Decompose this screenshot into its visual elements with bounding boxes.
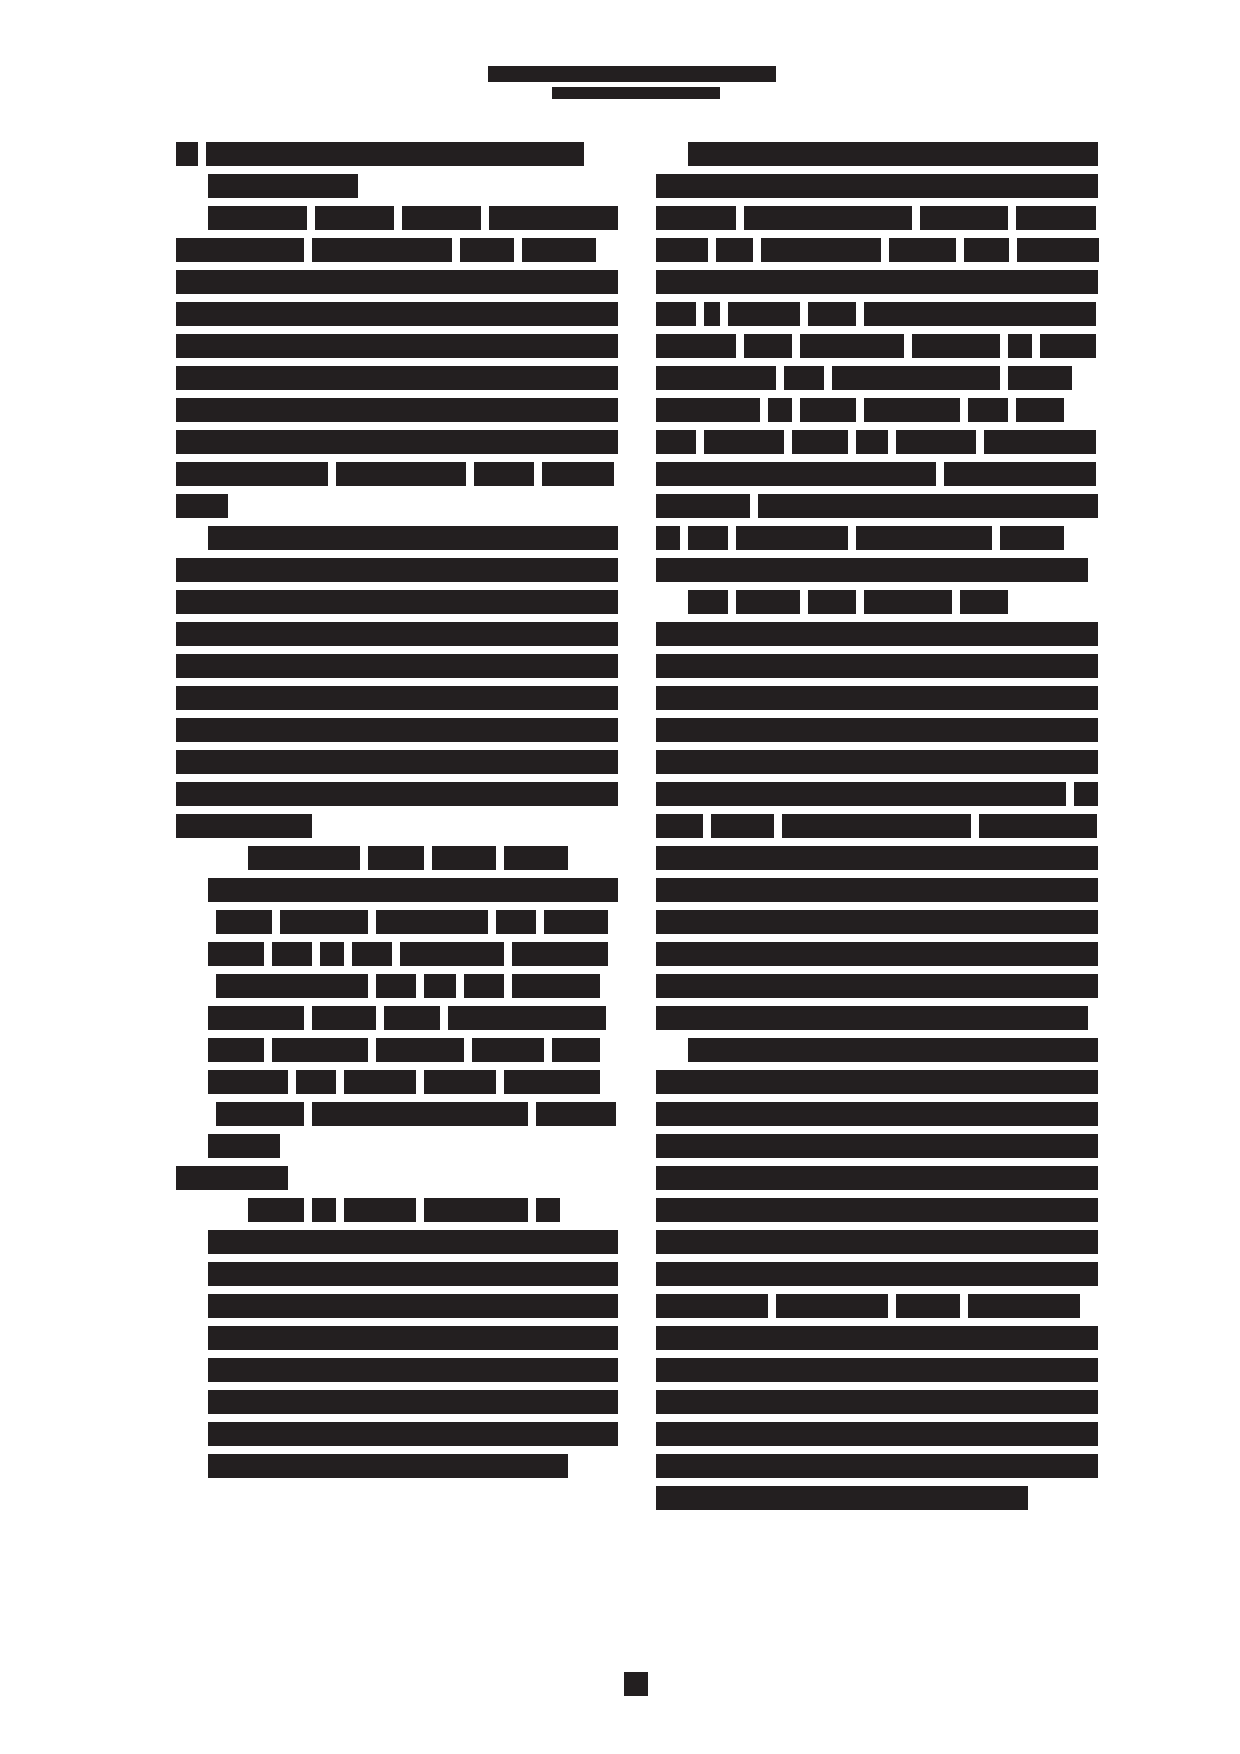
redacted-word <box>656 1454 1098 1478</box>
text-line <box>208 1006 606 1030</box>
redacted-word <box>176 686 618 710</box>
text-line <box>176 334 618 358</box>
redacted-word <box>460 238 514 262</box>
redacted-word <box>656 270 1098 294</box>
redacted-word <box>176 558 618 582</box>
redacted-word <box>208 1326 618 1350</box>
redacted-word <box>656 462 936 486</box>
redacted-word <box>1008 334 1032 358</box>
redacted-word <box>176 238 304 262</box>
text-line <box>208 1454 568 1478</box>
page-number: [illegible] <box>624 1672 648 1696</box>
text-line <box>656 782 1098 806</box>
redacted-word <box>711 814 774 838</box>
redacted-word <box>656 846 1098 870</box>
redacted-word <box>176 494 228 518</box>
text-line <box>208 1038 600 1062</box>
text-line <box>656 1262 1098 1286</box>
text-line <box>176 462 614 486</box>
redacted-word <box>312 1006 376 1030</box>
redacted-word <box>489 206 618 230</box>
redacted-word <box>1016 206 1096 230</box>
redacted-word <box>368 846 424 870</box>
redacted-word <box>656 174 1098 198</box>
text-line <box>176 718 618 742</box>
text-line <box>208 1134 280 1158</box>
redacted-word <box>656 1390 1098 1414</box>
redacted-word <box>960 590 1008 614</box>
text-line <box>208 206 618 230</box>
redacted-word <box>208 1390 618 1414</box>
redacted-word <box>656 878 1098 902</box>
redacted-word <box>1008 366 1072 390</box>
redacted-word <box>832 366 1000 390</box>
text-line <box>208 1326 618 1350</box>
redacted-word <box>800 398 856 422</box>
text-line <box>688 1038 1098 1062</box>
redacted-word <box>432 846 496 870</box>
text-line <box>656 558 1088 582</box>
text-line <box>656 462 1096 486</box>
text-line <box>656 814 1097 838</box>
text-line <box>656 718 1098 742</box>
redacted-word <box>1074 782 1098 806</box>
redacted-word <box>656 558 1088 582</box>
redacted-word <box>384 1006 440 1030</box>
text-line <box>176 494 228 518</box>
redacted-word <box>216 910 272 934</box>
redacted-word <box>504 846 568 870</box>
text-line <box>656 1166 1098 1190</box>
text-line <box>656 238 1099 262</box>
text-line <box>248 1198 560 1222</box>
redacted-word <box>336 462 466 486</box>
text-line <box>688 590 1008 614</box>
redacted-word <box>176 1166 288 1190</box>
redacted-word <box>512 942 608 966</box>
redacted-word <box>920 206 1008 230</box>
redacted-word <box>496 910 536 934</box>
redacted-word <box>208 1358 618 1382</box>
redacted-word <box>296 1070 336 1094</box>
text-line <box>216 1102 616 1126</box>
redacted-word <box>208 1454 568 1478</box>
redacted-word <box>472 1038 544 1062</box>
redacted-word <box>656 1262 1098 1286</box>
text-line <box>656 366 1072 390</box>
redacted-word <box>376 1038 464 1062</box>
redacted-word <box>656 1070 1098 1094</box>
redacted-word <box>656 1198 1098 1222</box>
text-line <box>176 750 618 774</box>
redacted-word <box>312 1198 336 1222</box>
text-line <box>656 1486 1028 1510</box>
redacted-word <box>248 846 360 870</box>
redacted-word <box>656 398 760 422</box>
redacted-word <box>176 334 618 358</box>
section-heading <box>208 174 358 198</box>
redacted-word <box>424 1070 496 1094</box>
text-line <box>656 974 1098 998</box>
redacted-word <box>656 654 1098 678</box>
redacted-word <box>312 238 452 262</box>
redacted-word <box>512 974 600 998</box>
redacted-word <box>552 1038 600 1062</box>
text-line <box>656 1390 1098 1414</box>
redacted-word <box>376 974 416 998</box>
redacted-word <box>448 1006 606 1030</box>
redacted-word <box>856 526 992 550</box>
text-line <box>656 878 1098 902</box>
redacted-word <box>776 1294 888 1318</box>
redacted-word <box>208 1262 618 1286</box>
redacted-word <box>656 622 1098 646</box>
redacted-word <box>688 1038 1098 1062</box>
text-line <box>656 174 1098 198</box>
redacted-word <box>782 814 971 838</box>
redacted-word <box>688 142 1098 166</box>
text-line <box>176 366 618 390</box>
text-line <box>656 1422 1098 1446</box>
text-line <box>208 942 608 966</box>
text-line <box>656 622 1098 646</box>
redacted-word <box>176 398 618 422</box>
redacted-word <box>656 366 776 390</box>
text-line <box>656 846 1098 870</box>
text-line <box>656 1326 1098 1350</box>
text-line <box>176 590 618 614</box>
text-line <box>656 334 1096 358</box>
text-line <box>656 430 1096 454</box>
redacted-word <box>656 302 696 326</box>
redacted-word <box>464 974 504 998</box>
redacted-word <box>656 1422 1098 1446</box>
redacted-word <box>424 1198 528 1222</box>
text-line <box>688 142 1098 166</box>
text-line <box>208 1390 618 1414</box>
redacted-word <box>896 430 976 454</box>
redacted-word <box>656 750 1098 774</box>
text-line <box>208 1070 600 1094</box>
text-line <box>176 622 618 646</box>
redacted-word <box>208 1134 280 1158</box>
text-line <box>656 1070 1098 1094</box>
redacted-word <box>758 494 1098 518</box>
text-line <box>176 558 618 582</box>
text-line <box>656 942 1098 966</box>
text-line <box>176 782 618 806</box>
text-line <box>656 910 1098 934</box>
redacted-word <box>208 1294 618 1318</box>
redacted-word <box>784 366 824 390</box>
redacted-word <box>808 302 856 326</box>
redacted-word <box>176 430 618 454</box>
section-heading <box>176 1166 288 1190</box>
redacted-word <box>176 750 618 774</box>
redacted-word <box>206 142 584 166</box>
text-line <box>656 654 1098 678</box>
text-line <box>656 206 1096 230</box>
text-line <box>656 398 1064 422</box>
redacted-word <box>544 910 608 934</box>
redacted-word <box>216 974 368 998</box>
redacted-word <box>688 590 728 614</box>
redacted-word <box>704 430 784 454</box>
redacted-word <box>728 302 800 326</box>
redacted-word <box>536 1102 616 1126</box>
redacted-word <box>656 1006 1088 1030</box>
redacted-word <box>968 1294 1080 1318</box>
redacted-word <box>792 430 848 454</box>
redacted-word <box>272 942 312 966</box>
redacted-word <box>208 526 618 550</box>
redacted-word <box>656 942 1098 966</box>
redacted-word <box>522 238 596 262</box>
redacted-word <box>656 494 750 518</box>
redacted-word <box>208 1230 618 1254</box>
redacted-word <box>656 334 736 358</box>
redacted-word <box>474 462 534 486</box>
redacted-word <box>344 1198 416 1222</box>
redacted-word <box>176 462 328 486</box>
redacted-word <box>656 974 1098 998</box>
redacted-word <box>216 1102 304 1126</box>
redacted-word <box>656 686 1098 710</box>
text-line <box>208 878 618 902</box>
redacted-word <box>315 206 394 230</box>
redacted-word <box>864 302 1096 326</box>
redacted-word <box>656 430 696 454</box>
text-line <box>656 1230 1098 1254</box>
redacted-word <box>856 430 888 454</box>
redacted-word <box>864 398 960 422</box>
redacted-word <box>176 366 618 390</box>
redacted-word <box>656 1486 1028 1510</box>
redacted-word <box>944 462 1096 486</box>
redacted-word <box>716 238 753 262</box>
text-line <box>656 1006 1088 1030</box>
redacted-word <box>896 1294 960 1318</box>
redacted-word <box>1000 526 1064 550</box>
header-line <box>552 87 720 99</box>
text-line <box>176 430 618 454</box>
redacted-word <box>768 398 792 422</box>
redacted-word <box>656 1358 1098 1382</box>
redacted-word <box>744 334 792 358</box>
redacted-word <box>964 238 1009 262</box>
redacted-word <box>968 398 1008 422</box>
text-line <box>656 494 1098 518</box>
redacted-word <box>176 814 312 838</box>
redacted-word <box>736 526 848 550</box>
text-line <box>656 1134 1098 1158</box>
redacted-word <box>208 942 264 966</box>
redacted-word <box>352 942 392 966</box>
redacted-word <box>280 910 368 934</box>
redacted-word <box>208 878 618 902</box>
redacted-word <box>761 238 881 262</box>
redacted-word <box>208 174 358 198</box>
redacted-word <box>208 1422 618 1446</box>
redacted-word <box>1017 238 1099 262</box>
redacted-word <box>656 1230 1098 1254</box>
redacted-word <box>424 974 456 998</box>
text-line <box>176 302 618 326</box>
text-line <box>208 1358 618 1382</box>
text-line <box>176 686 618 710</box>
text-line <box>176 238 596 262</box>
redacted-word <box>176 654 618 678</box>
redacted-word <box>208 206 307 230</box>
redacted-word <box>176 622 618 646</box>
redacted-word <box>656 814 703 838</box>
text-line <box>208 1262 618 1286</box>
header-line <box>488 66 776 82</box>
text-line <box>656 270 1098 294</box>
redacted-word <box>736 590 800 614</box>
text-line <box>176 270 618 294</box>
text-line <box>656 526 1064 550</box>
redacted-word <box>864 590 952 614</box>
text-line <box>208 526 618 550</box>
redacted-word <box>744 206 912 230</box>
redacted-word <box>979 814 1097 838</box>
redacted-word <box>656 1326 1098 1350</box>
text-line <box>176 814 312 838</box>
redacted-word <box>312 1102 528 1126</box>
text-line <box>208 1294 618 1318</box>
text-line <box>208 1422 618 1446</box>
text-line <box>656 1198 1098 1222</box>
redacted-word <box>889 238 956 262</box>
redacted-word <box>400 942 504 966</box>
redacted-word <box>248 1198 304 1222</box>
text-line <box>216 910 608 934</box>
text-line <box>656 1294 1080 1318</box>
redacted-word <box>800 334 904 358</box>
redacted-word <box>208 1006 304 1030</box>
text-line <box>208 1230 618 1254</box>
redacted-word <box>402 206 481 230</box>
redacted-word <box>1040 334 1096 358</box>
redacted-word <box>656 526 680 550</box>
redacted-word <box>656 1166 1098 1190</box>
text-line <box>656 750 1098 774</box>
redacted-word <box>912 334 1000 358</box>
redacted-word <box>542 462 614 486</box>
redacted-word <box>208 1070 288 1094</box>
redacted-word <box>208 1038 264 1062</box>
redacted-word <box>656 910 1098 934</box>
redacted-word <box>176 590 618 614</box>
redacted-word <box>176 142 198 166</box>
redacted-word <box>176 718 618 742</box>
text-line <box>656 1358 1098 1382</box>
text-line <box>216 974 600 998</box>
redacted-word <box>656 782 1066 806</box>
redacted-word <box>656 238 708 262</box>
redacted-word <box>536 1198 560 1222</box>
redacted-word <box>176 782 618 806</box>
text-line <box>656 686 1098 710</box>
redacted-word <box>504 1070 600 1094</box>
text-line <box>176 398 618 422</box>
redacted-word <box>808 590 856 614</box>
redacted-word <box>176 270 618 294</box>
redacted-word <box>688 526 728 550</box>
redacted-word <box>656 1134 1098 1158</box>
section-heading <box>176 142 584 166</box>
redacted-word <box>656 206 736 230</box>
redacted-word <box>376 910 488 934</box>
text-line <box>656 302 1096 326</box>
redacted-word <box>656 1102 1098 1126</box>
text-line <box>176 654 618 678</box>
redacted-word <box>1016 398 1064 422</box>
redacted-word <box>320 942 344 966</box>
redacted-word <box>656 718 1098 742</box>
redacted-word <box>344 1070 416 1094</box>
redacted-word <box>176 302 618 326</box>
redacted-word <box>984 430 1096 454</box>
text-line <box>656 1102 1098 1126</box>
redacted-word <box>272 1038 368 1062</box>
redacted-word <box>704 302 720 326</box>
text-line <box>656 1454 1098 1478</box>
redacted-word <box>656 1294 768 1318</box>
text-line <box>248 846 568 870</box>
